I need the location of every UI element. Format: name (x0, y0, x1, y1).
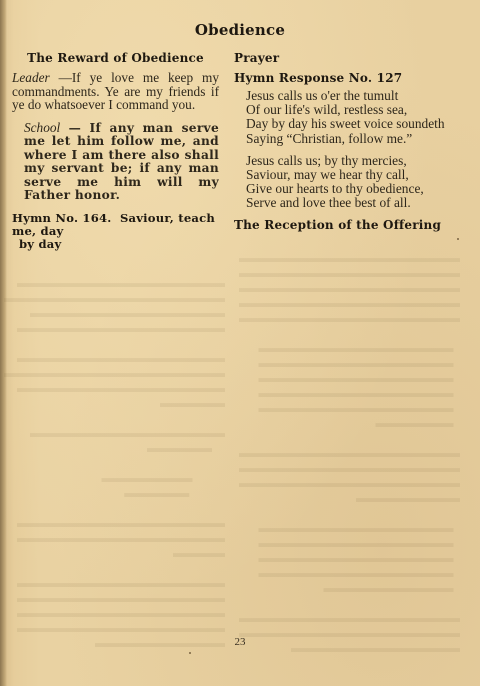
book-page: ▬▬▬▬▬▬▬▬▬▬▬▬▬▬▬▬ ▬▬▬▬▬▬▬▬▬▬▬▬▬▬▬▬▬ ▬▬▬▬▬… (0, 0, 480, 686)
school-response: School — If any man serve me let him fol… (24, 121, 219, 203)
left-column: The Reward of Obedience Leader —If ye lo… (12, 50, 219, 251)
section-heading-prayer: Prayer (234, 50, 464, 66)
leader-reading: Leader —If ye love me keep my commandmen… (12, 71, 219, 112)
section-heading-hymn-response: Hymn Response No. 127 (234, 70, 464, 86)
paper-speck (189, 652, 191, 654)
bleed-through-texture: ▬▬▬▬▬▬▬▬▬▬▬▬▬▬▬▬▬ ▬▬▬▬▬▬▬▬▬▬▬▬▬▬▬▬▬ ▬▬▬▬… (245, 250, 460, 655)
hymn-title-line-2: by day (12, 238, 219, 251)
hymn-reference: Hymn No. 164. Saviour, teach me, day by … (12, 212, 219, 251)
verse-line: Give our hearts to thy obedience, (246, 182, 464, 196)
verse-line: Of our life's wild, restless sea, (246, 103, 464, 117)
page-binding-edge (0, 0, 7, 686)
hymn-number-label: Hymn No. 164. (12, 211, 111, 225)
page-title: Obedience (0, 21, 480, 39)
verse-line: Serve and love thee best of all. (246, 196, 464, 210)
verse-line: Jesus calls us o'er the tumult (246, 89, 464, 103)
hymn-verse-2: Jesus calls us; by thy mercies, Saviour,… (246, 154, 464, 211)
right-column: Prayer Hymn Response No. 127 Jesus calls… (234, 50, 464, 233)
section-heading-reception-of-offering: The Reception of the Offering (234, 217, 464, 233)
hymn-verse-1: Jesus calls us o'er the tumult Of our li… (246, 89, 464, 146)
speaker-dash: — (60, 121, 89, 135)
section-heading-reward-of-obedience: The Reward of Obedience (12, 50, 219, 66)
paper-speck (457, 238, 459, 240)
verse-line: Jesus calls us; by thy mercies, (246, 154, 464, 168)
verse-line: Saying “Christian, follow me.” (246, 132, 464, 146)
verse-line: Day by day his sweet voice soundeth (246, 117, 464, 131)
bleed-through-texture: ▬▬▬▬▬▬▬▬▬▬▬▬▬▬▬▬ ▬▬▬▬▬▬▬▬▬▬▬▬▬▬▬▬▬ ▬▬▬▬▬… (15, 275, 225, 650)
page-number: 23 (0, 636, 480, 648)
verse-line: Saviour, may we hear thy call, (246, 168, 464, 182)
speaker-label-school: School (24, 120, 60, 135)
